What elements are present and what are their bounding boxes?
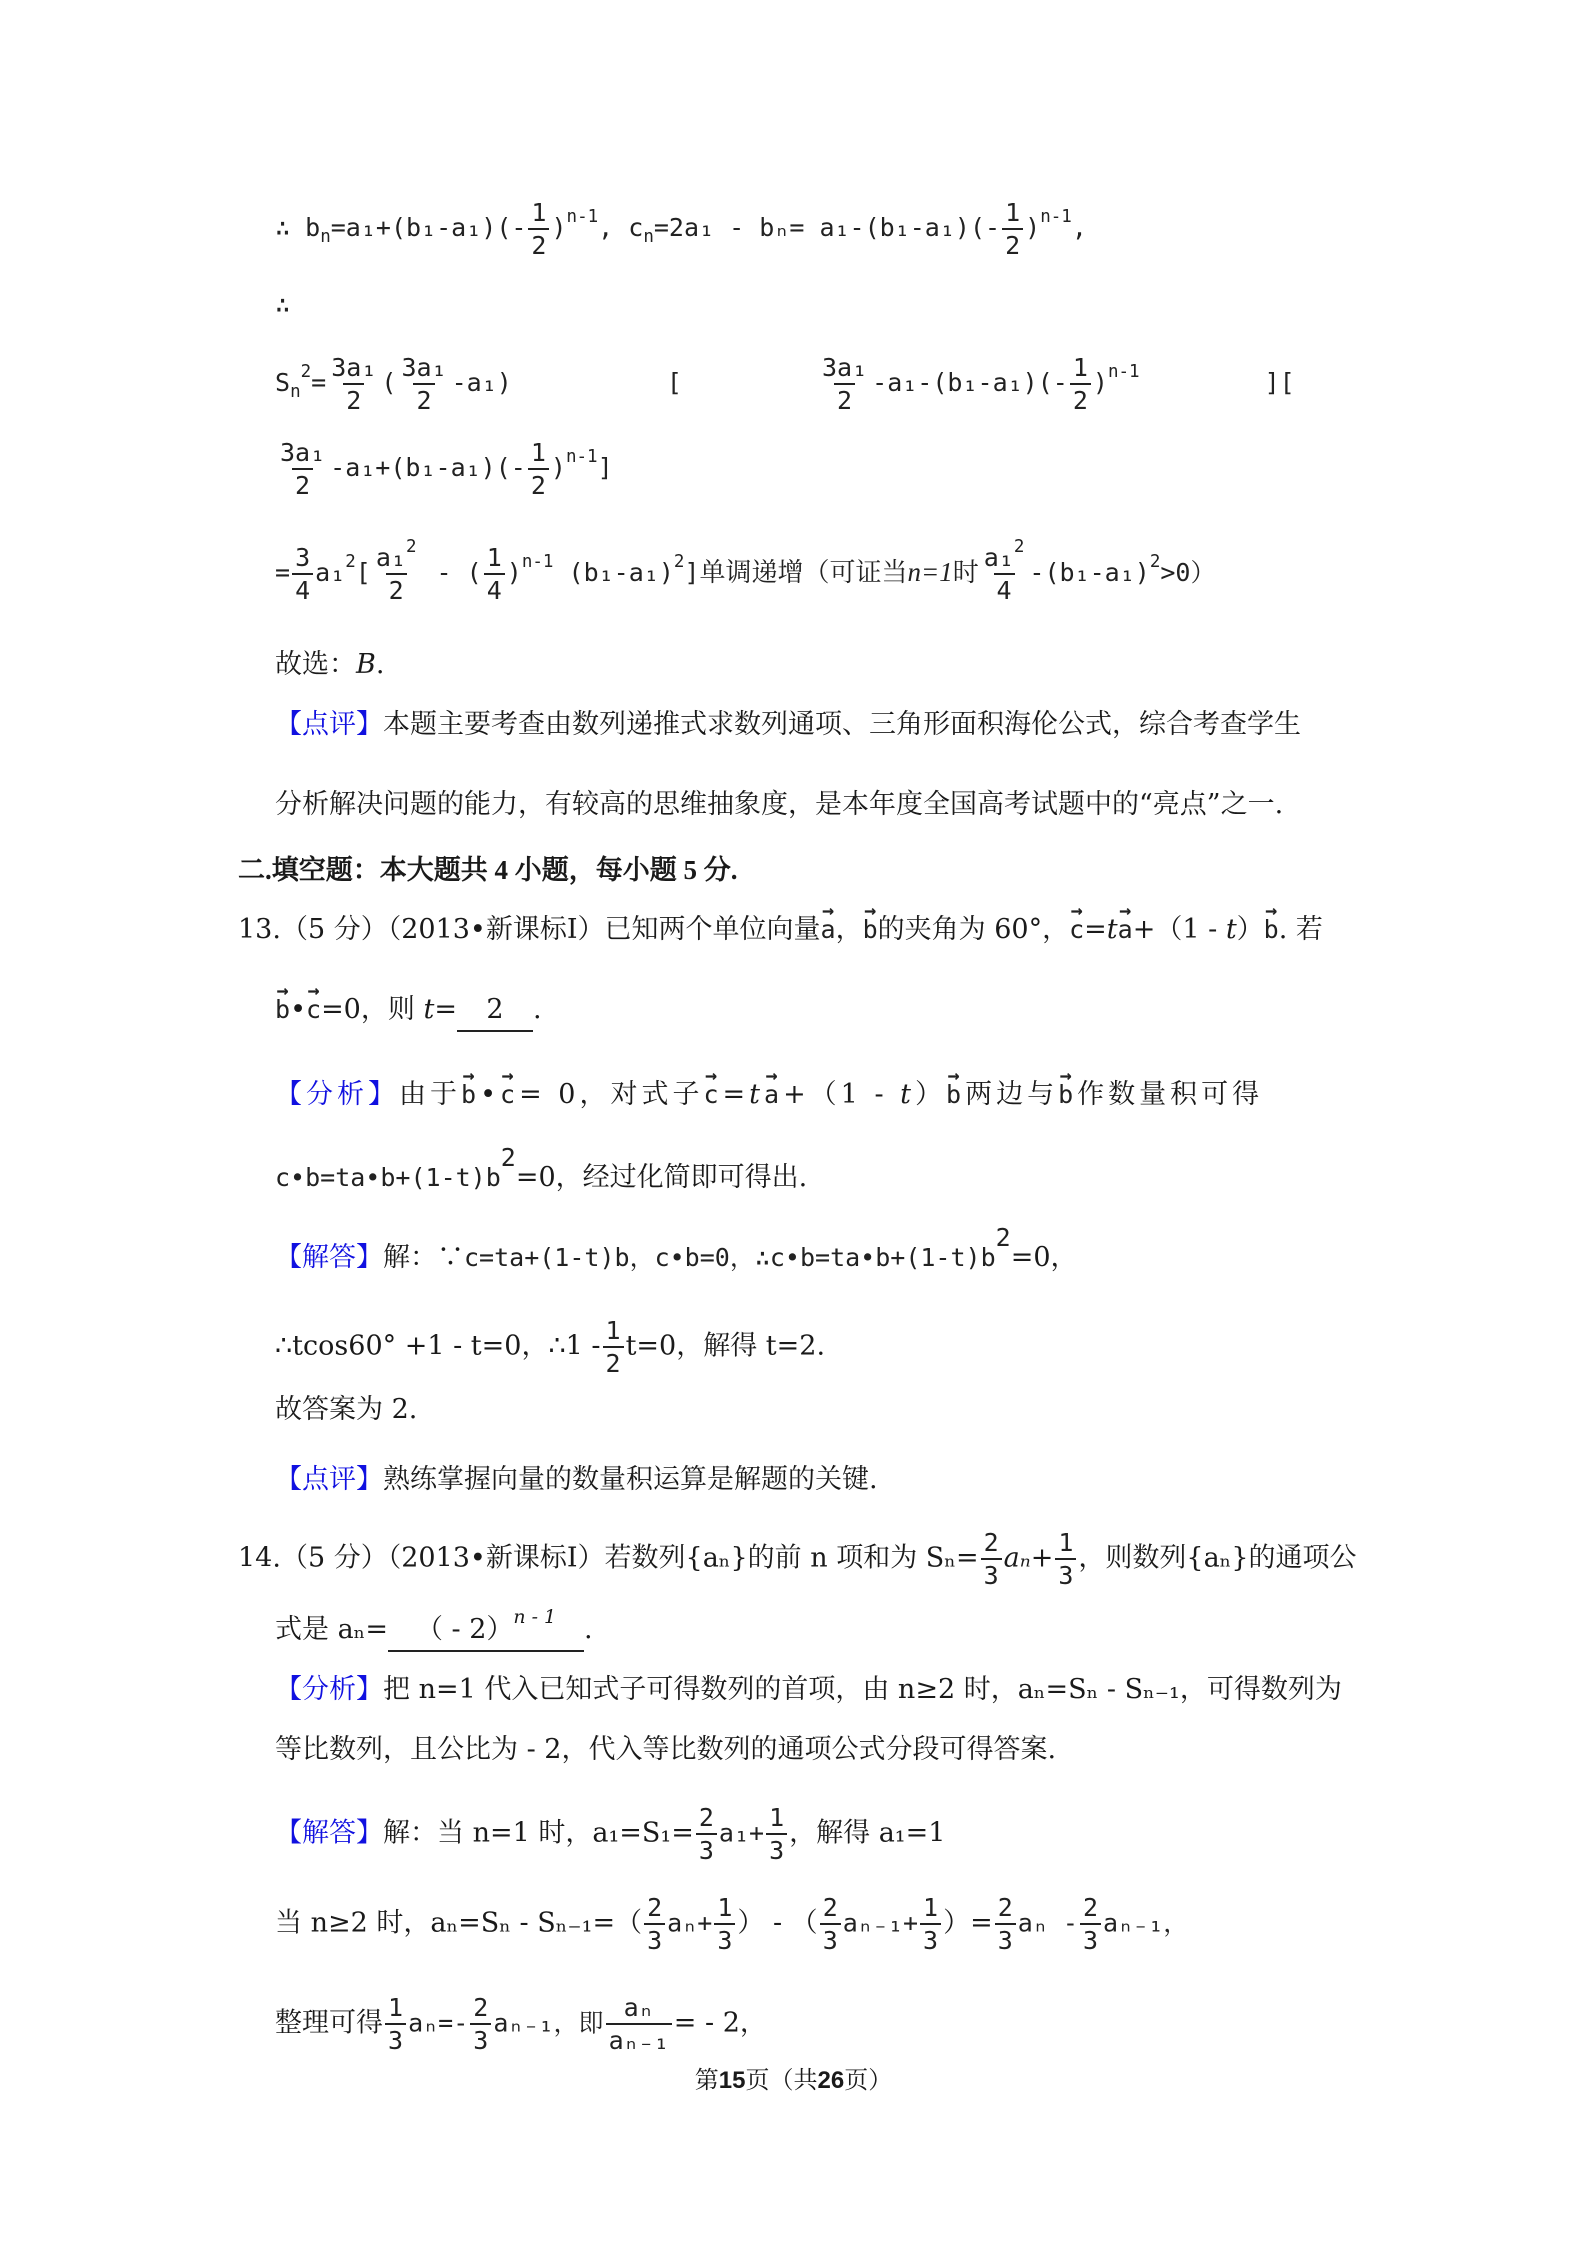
solution-tag: 【解答】: [275, 1818, 383, 1849]
fraction-3a1-over-2: 3a₁2: [277, 440, 328, 498]
fraction-2-3: 23: [981, 1530, 1002, 1588]
fraction-half: 12: [528, 440, 549, 498]
bn-label: b: [305, 213, 320, 242]
comment-line-1: 【点评】本题主要考查由数列递推式求数列通项、三角形面积海伦公式，综合考查学生: [275, 705, 1301, 745]
cn-formula: =2a₁ - bₙ=: [654, 213, 805, 242]
q14-solution-line2: 当 n≥2 时，aₙ=Sₙ - Sₙ₋₁=（23aₙ+13） - （23aₙ₋₁…: [275, 1895, 1188, 1953]
fraction-1-3: 13: [1055, 1530, 1076, 1588]
comment-tag: 【点评】: [275, 1464, 383, 1495]
question-source: （2013•新课标Ⅰ）: [388, 914, 605, 945]
formula-monotonic: =34a₁2[a₁22 - (14)n-1 (b₁-a₁)2]单调递增（可证当n…: [275, 545, 1215, 603]
vector-b: b: [275, 990, 290, 1030]
vector-a: a: [1118, 910, 1133, 950]
q13-solution-line1: 【解答】解：∵c=ta+(1-t)b，c•b=0，∴c•b=ta•b+(1-t)…: [275, 1238, 1078, 1278]
vector-a: a: [821, 910, 836, 950]
formula-bn-cn: ∴ bn=a₁+(b₁-a₁)(-12)n-1, cn=2a₁ - bₙ= a₁…: [275, 200, 1087, 258]
q14-solution-line1: 【解答】解：当 n=1 时，a₁=S₁=23a₁+13，解得 a₁=1: [275, 1805, 945, 1863]
fraction-a1sq-4: a₁24: [981, 545, 1028, 603]
formula-sn-squared: Sn2=3a₁2(3a₁2-a₁) [ 3a₁2-a₁-(b₁-a₁)(-12)…: [275, 355, 1295, 413]
fraction-1-3: 13: [920, 1895, 941, 1953]
fraction-half: 12: [528, 200, 549, 258]
therefore-symbol: ∴: [275, 290, 290, 319]
vector-b: b: [863, 910, 878, 950]
fraction-3a1-over-2: 3a₁2: [328, 355, 379, 413]
fraction-2-3: 23: [1080, 1895, 1101, 1953]
q14-solution-line3: 整理可得13aₙ=-23aₙ₋₁，即aₙaₙ₋₁= - 2，: [275, 1995, 767, 2053]
question-14-stem-line2: 式是 aₙ=（ - 2）n - 1.: [275, 1610, 593, 1652]
fraction-2-3: 23: [820, 1895, 841, 1953]
solution-tag: 【解答】: [275, 1242, 383, 1273]
fraction-1-3: 13: [385, 1995, 406, 2053]
section-title: 二.填空题：本大题共 4 小题，每小题 5 分.: [238, 850, 738, 890]
page-total: 26: [818, 2067, 845, 2094]
question-source: （2013•新课标Ⅰ）: [388, 1543, 605, 1574]
question-number: 13.: [238, 914, 281, 945]
therefore-symbol: ∴: [275, 213, 290, 242]
bn-formula: =a₁+(b₁-a₁): [331, 213, 497, 242]
fraction-3-4: 34: [292, 545, 313, 603]
question-13-stem: 13.（5 分）（2013•新课标Ⅰ）已知两个单位向量a，b的夹角为 60°，c…: [238, 910, 1323, 950]
cn-label: c: [628, 213, 643, 242]
vector-c: c: [1069, 910, 1084, 950]
q13-comment: 【点评】熟练掌握向量的数量积运算是解题的关键.: [275, 1460, 878, 1500]
fraction-3a1-over-2: 3a₁2: [398, 355, 449, 413]
fraction-2-3: 23: [696, 1805, 717, 1863]
therefore-line: ∴: [275, 285, 290, 325]
fraction-1-3: 13: [766, 1805, 787, 1863]
fraction-2-3: 23: [470, 1995, 491, 2053]
fraction-half: 12: [1070, 355, 1091, 413]
comment-tag: 【点评】: [275, 709, 383, 740]
q13-final-answer: 故答案为 2.: [275, 1390, 417, 1430]
answer-blank: 2: [457, 990, 533, 1032]
conclusion-line: 故选：B.: [275, 645, 384, 685]
fraction-half: 12: [1002, 200, 1023, 258]
question-score: （5 分）: [281, 1543, 388, 1574]
vector-b: b: [1264, 910, 1279, 950]
fraction-1-3: 13: [714, 1895, 735, 1953]
document-page: ∴ bn=a₁+(b₁-a₁)(-12)n-1, cn=2a₁ - bₙ= a₁…: [0, 0, 1587, 2245]
question-number: 14.: [238, 1543, 281, 1574]
comment-text: 本题主要考查由数列递推式求数列通项、三角形面积海伦公式，综合考查学生: [383, 709, 1301, 740]
comment-text: 分析解决问题的能力，有较高的思维抽象度，是本年度全国高考试题中的“亮点”之一.: [275, 789, 1283, 820]
fraction-a1sq-2: a₁22: [373, 545, 420, 603]
question-13-stem-line2: b•c=0，则 t=2.: [275, 990, 542, 1032]
question-score: （5 分）: [281, 914, 388, 945]
vector-c: c: [306, 990, 321, 1030]
monotonic-text: 单调递增（可证当: [699, 558, 907, 588]
page-number: 15: [719, 2067, 746, 2094]
conclusion-text: 故选：: [275, 649, 356, 680]
fraction-2-3: 23: [995, 1895, 1016, 1953]
q13-analysis-line1: 【分析】由于b•c= 0，对式子c=ta+（1 - t）b两边与b作数量积可得: [275, 1075, 1263, 1115]
formula-sn-continued: 3a₁2-a₁+(b₁-a₁)(-12)n-1]: [275, 440, 613, 498]
answer-blank: （ - 2）n - 1: [388, 1610, 584, 1652]
conclusion-answer: B: [356, 649, 376, 680]
q13-analysis-line2: c•b=ta•b+(1-t)b2=0，经过化简即可得出.: [275, 1158, 807, 1198]
analysis-tag: 【分析】: [275, 1674, 383, 1705]
q13-solution-line2: ∴tcos60° +1 - t=0，∴1 -12t=0，解得 t=2.: [275, 1318, 825, 1376]
q14-analysis-line2: 等比数列，且公比为 - 2，代入等比数列的通项公式分段可得答案.: [275, 1730, 1056, 1770]
fraction-2-3: 23: [644, 1895, 665, 1953]
fraction-quarter: 14: [484, 545, 505, 603]
cn-rhs: a₁-(b₁-a₁): [819, 213, 970, 242]
fraction-3a1-over-2: 3a₁2: [819, 355, 870, 413]
fraction-half: 12: [603, 1318, 624, 1376]
fraction-an-over-an1: aₙaₙ₋₁: [606, 1995, 672, 2053]
analysis-tag: 【分析】: [275, 1079, 399, 1110]
question-14-stem: 14.（5 分）（2013•新课标Ⅰ）若数列{aₙ}的前 n 项和为 Sₙ=23…: [238, 1530, 1357, 1588]
q14-analysis-line1: 【分析】把 n=1 代入已知式子可得数列的首项，由 n≥2 时，aₙ=Sₙ - …: [275, 1670, 1342, 1710]
comment-line-2: 分析解决问题的能力，有较高的思维抽象度，是本年度全国高考试题中的“亮点”之一.: [275, 785, 1283, 825]
page-footer: 第15页（共26页）: [0, 2060, 1587, 2095]
